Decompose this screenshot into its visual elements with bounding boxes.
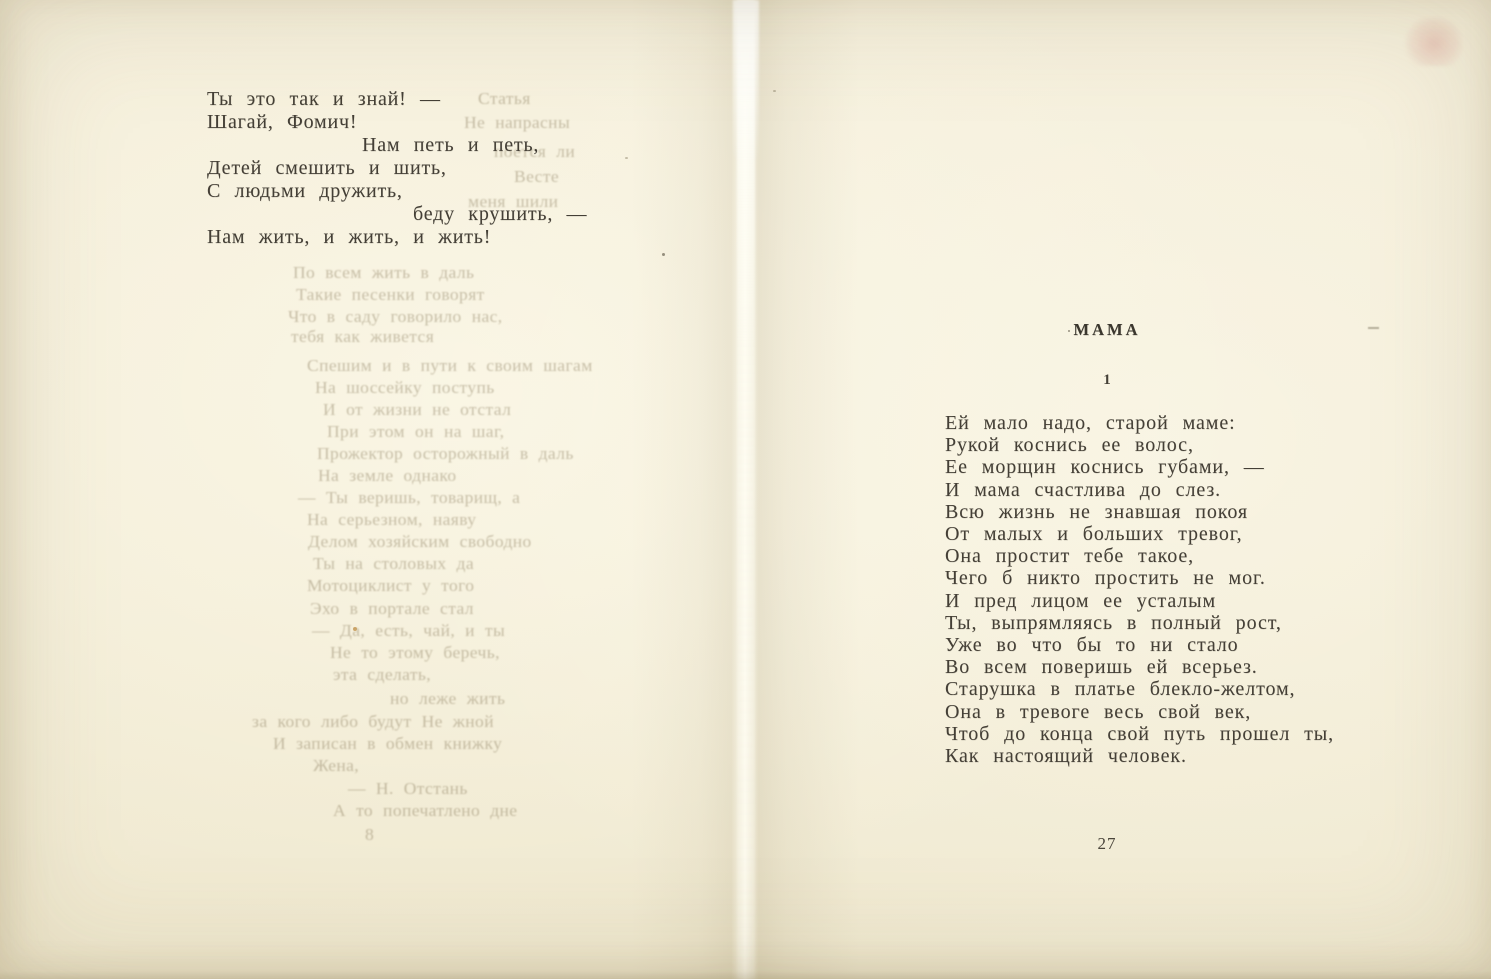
poem-line: Как настоящий человек. <box>945 745 1334 767</box>
poem-line: И пред лицом ее усталым <box>945 590 1334 612</box>
poem-line: Ее морщин коснись губами, — <box>945 456 1334 478</box>
bleedthrough-line: Ты на столовых да <box>313 553 474 574</box>
bleedthrough-line: эта сделать, <box>333 664 431 685</box>
poem-line: Ты это так и знай! — <box>207 88 587 111</box>
bleedthrough-line: Прожектор осторожный в даль <box>317 443 574 464</box>
poem-line: Детей смешить и шить, <box>207 157 587 180</box>
page-number: 27 <box>912 834 1302 854</box>
poem-line: Старушка в платье блекло-желтом, <box>945 678 1334 700</box>
bleedthrough-line: но леже жить <box>390 688 505 709</box>
poem-line: Чего б никто простить не мог. <box>945 567 1334 589</box>
poem-line: беду крушить, — <box>207 203 587 226</box>
bleedthrough-line: Спешим и в пути к своим шагам <box>307 355 593 376</box>
poem-line: Уже во что бы то ни стало <box>945 634 1334 656</box>
scan-bottom-edge-shadow <box>0 971 1491 979</box>
poem-line: Чтоб до конца свой путь прошел ты, <box>945 723 1334 745</box>
bleedthrough-line: 8 <box>365 824 374 845</box>
book-spread: СтатьяНе напрасныпоется лиВестеменя шили… <box>0 0 1491 979</box>
bleedthrough-line: — Н. Отстань <box>348 778 468 799</box>
paper-speck <box>353 627 357 631</box>
paper-speck <box>773 90 776 92</box>
paper-speck <box>625 157 628 159</box>
poem-line: Всю жизнь не знавшая покоя <box>945 501 1334 523</box>
poem-line: С людьми дружить, <box>207 180 587 203</box>
poem-title: МАМА <box>912 320 1302 340</box>
bleedthrough-line: тебя как живется <box>291 326 434 347</box>
poem-line: Во всем поверишь ей всерьез. <box>945 656 1334 678</box>
bleedthrough-line: Эхо в портале стал <box>310 598 474 619</box>
bleedthrough-line: Не то этому беречь, <box>330 642 500 663</box>
right-page-poem: Ей мало надо, старой маме:Рукой коснись … <box>945 412 1334 767</box>
pink-smudge <box>1405 16 1463 66</box>
left-page-poem: Ты это так и знай! —Шагай, Фомич!Нам пет… <box>207 88 587 249</box>
paper-speck <box>662 253 665 256</box>
bleedthrough-line: На серьезном, наяву <box>307 509 476 530</box>
bleedthrough-line: И от жизни не отстал <box>323 399 511 420</box>
poem-line: Ей мало надо, старой маме: <box>945 412 1334 434</box>
poem-line: Ты, выпрямляясь в полный рост, <box>945 612 1334 634</box>
poem-line: Она в тревоге весь свой век, <box>945 701 1334 723</box>
paper-speck <box>1068 330 1070 332</box>
bleedthrough-line: за кого либо будут Не жной <box>252 711 494 732</box>
bleedthrough-line: Мотоциклист у того <box>307 575 474 596</box>
bleedthrough-line: А то попечатлено дне <box>333 800 517 821</box>
poem-line: Шагай, Фомич! <box>207 111 587 134</box>
bleedthrough-line: На земле однако <box>318 465 457 486</box>
bleedthrough-line: Делом хозяйским свободно <box>308 531 532 552</box>
bleedthrough-line: И записан в обмен книжку <box>273 733 502 754</box>
bleedthrough-line: — Ты веришь, товарищ, а <box>298 487 520 508</box>
bleedthrough-line: При этом он на шаг, <box>327 421 504 442</box>
bleedthrough-line: Что в саду говорило нас, <box>288 306 503 327</box>
bleedthrough-line: Такие песенки говорят <box>296 284 485 305</box>
bleedthrough-line: На шоссейку поступь <box>315 377 495 398</box>
poem-line: И мама счастлива до слез. <box>945 479 1334 501</box>
pencil-mark <box>1368 327 1379 329</box>
poem-line: Рукой коснись ее волос, <box>945 434 1334 456</box>
poem-line: От малых и больших тревог, <box>945 523 1334 545</box>
bleedthrough-line: По всем жить в даль <box>293 262 474 283</box>
poem-line: Нам жить, и жить, и жить! <box>207 226 587 249</box>
poem-line: Она простит тебе такое, <box>945 545 1334 567</box>
bleedthrough-line: Жена, <box>313 755 359 776</box>
bleedthrough-line: — Да, есть, чай, и ты <box>312 620 505 641</box>
poem-line: Нам петь и петь, <box>207 134 587 157</box>
poem-section-number: 1 <box>912 372 1302 389</box>
